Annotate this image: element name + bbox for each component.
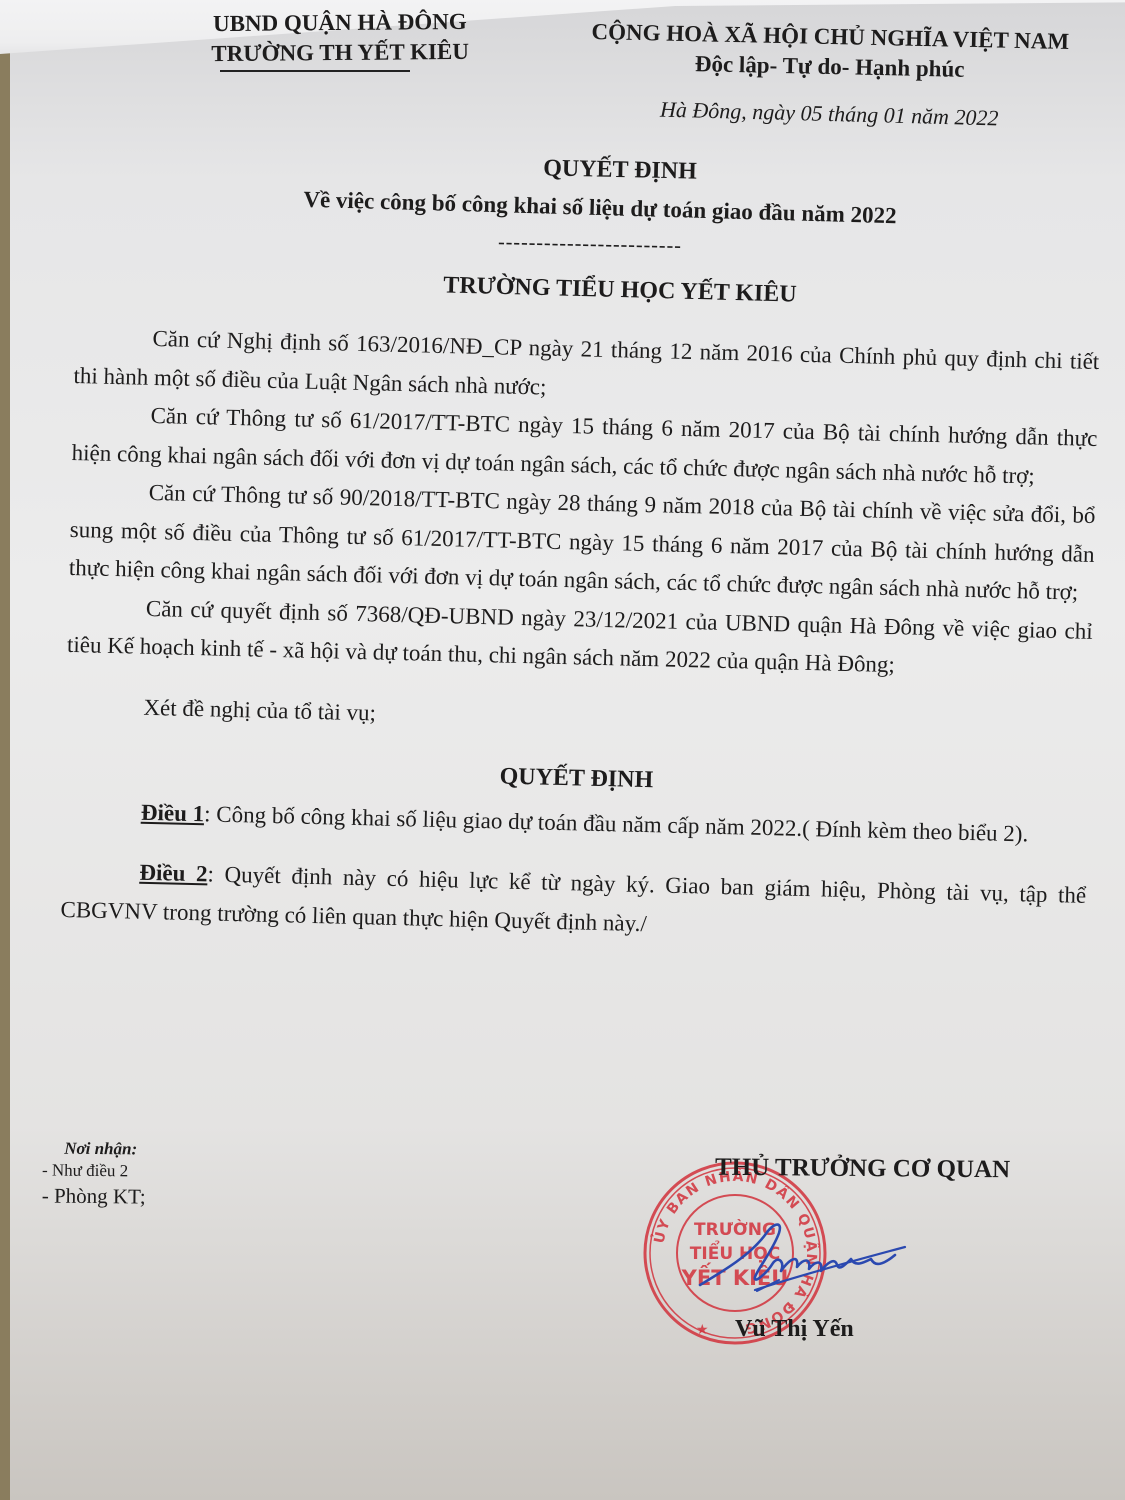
signer-title: THỦ TRƯỞNG CƠ QUAN bbox=[715, 1154, 1010, 1185]
stamp-star-icon: ★ bbox=[696, 1322, 709, 1338]
article-text: : Công bố công khai số liệu giao dự toán… bbox=[204, 801, 1029, 846]
header-left: UBND QUẬN HÀ ĐÔNG TRƯỜNG TH YẾT KIÊU bbox=[190, 7, 491, 70]
recipient-item: - Phòng KT; bbox=[42, 1181, 146, 1210]
recipient-item: - Như điều 2 bbox=[42, 1159, 146, 1182]
signer-name: Vũ Thị Yến bbox=[735, 1316, 854, 1343]
recipients-block: Nơi nhận: - Như điều 2 - Phòng KT; bbox=[42, 1137, 147, 1210]
article-label: Điều 1 bbox=[141, 799, 205, 826]
article-label: Điều 2 bbox=[139, 860, 208, 887]
header-left-underline bbox=[220, 70, 410, 72]
recipients-label: Nơi nhận: bbox=[42, 1137, 146, 1160]
agency-name: UBND QUẬN HÀ ĐÔNG bbox=[190, 7, 490, 40]
preamble-clause: Xét đề nghị của tổ tài vụ; bbox=[65, 686, 1091, 750]
unit-name: TRƯỜNG TH YẾT KIÊU bbox=[190, 37, 490, 70]
header-right: CỘNG HOÀ XÃ HỘI CHỦ NGHĨA VIỆT NAM Độc l… bbox=[559, 16, 1100, 87]
handwritten-signature bbox=[695, 1215, 915, 1300]
document-body: Căn cứ Nghị định số 163/2016/NĐ_CP ngày … bbox=[60, 318, 1100, 954]
article-text: : Quyết định này có hiệu lực kể từ ngày … bbox=[60, 861, 1086, 935]
